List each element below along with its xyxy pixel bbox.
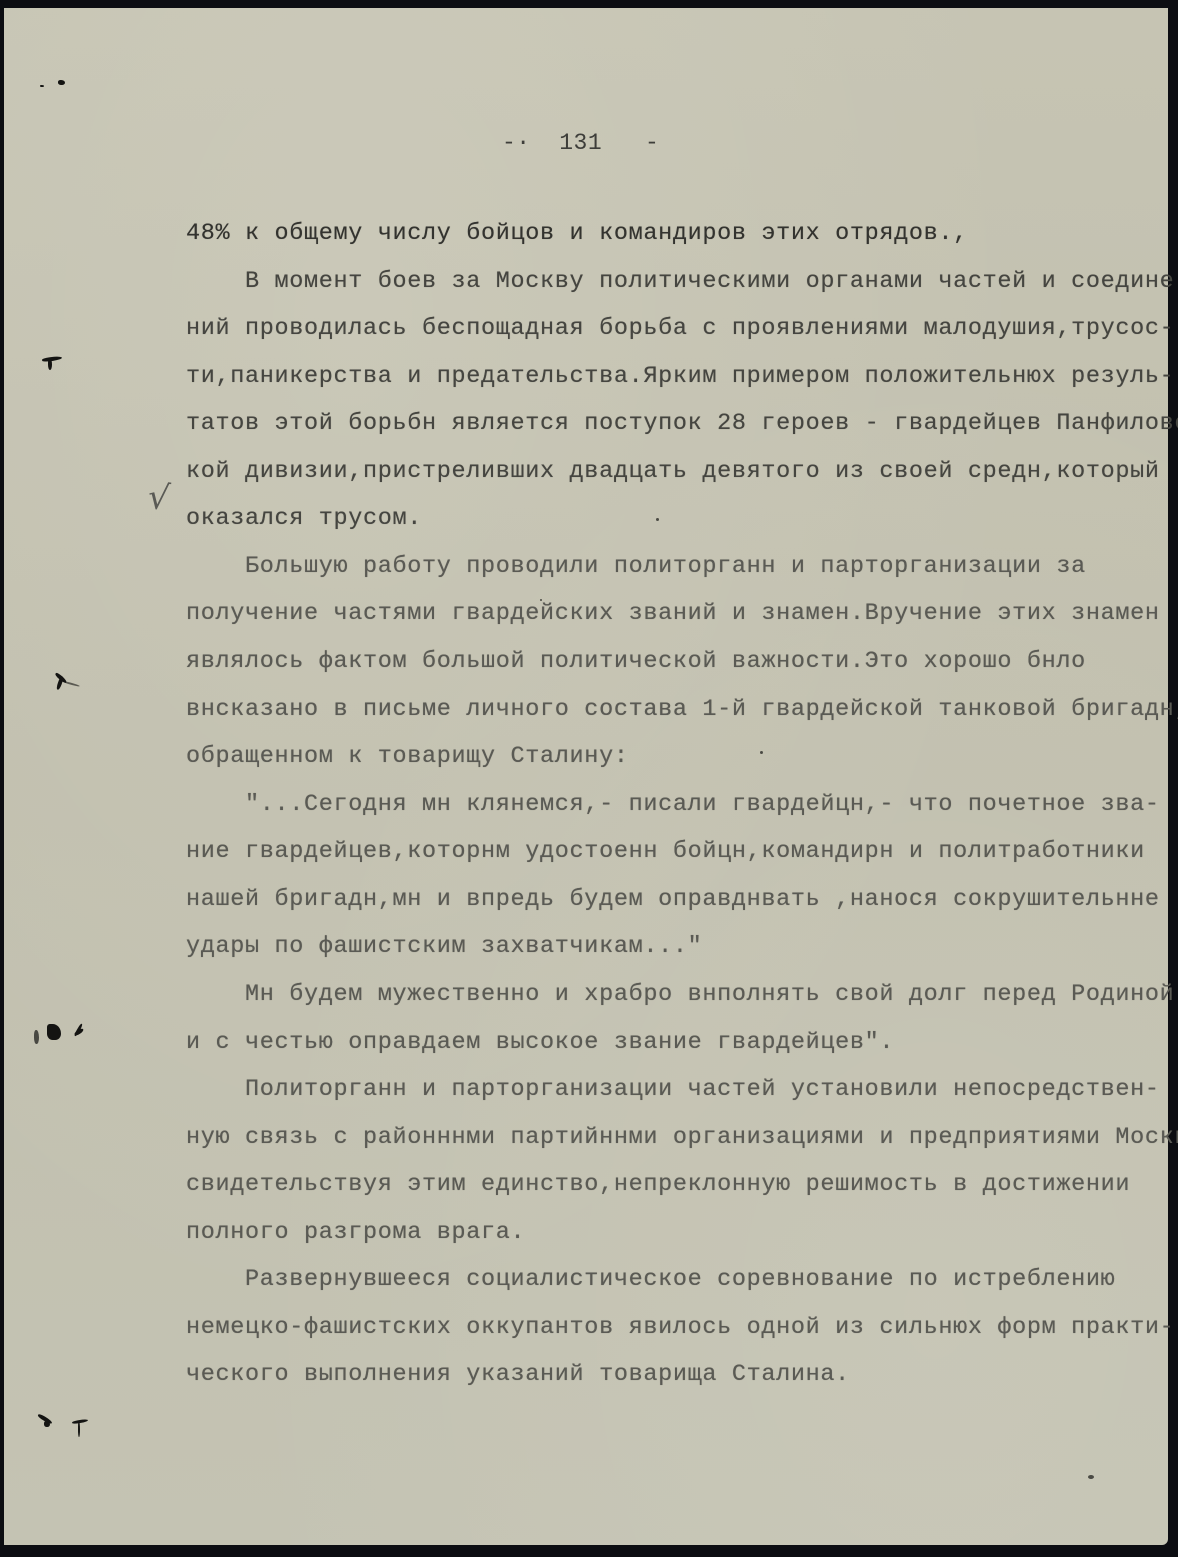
text-line: татов этой борьбн является поступок 28 г… (186, 410, 1178, 437)
ink-speck (656, 518, 659, 521)
page-number: -· 131 - (502, 130, 659, 156)
text-line: ний проводилась беспощадная борьба с про… (186, 315, 1174, 342)
text-line: ние гвардейцев,которнм удостоенн бойцн,к… (186, 838, 1145, 865)
punch-hole-mark (47, 1024, 61, 1040)
text-line: и с честью оправдаем высокое звание гвар… (186, 1029, 894, 1056)
checkmark-icon: √ (146, 477, 172, 519)
punch-hole-mark (42, 356, 62, 363)
text-line: полного разгрома врага. (186, 1219, 525, 1246)
text-line: ческого выполнения указаний товарища Ста… (186, 1361, 850, 1388)
text-line: Мн будем мужественно и храбро внполнять … (186, 981, 1174, 1008)
text-line: свидетельствуя этим единство,непреклонну… (186, 1171, 1130, 1198)
text-line: Большую работу проводили политорганн и п… (186, 553, 1086, 580)
text-line: нашей бригадн,мн и впредь будем оправднв… (186, 886, 1160, 913)
text-line: кой дивизии,пристреливших двадцать девят… (186, 458, 1160, 485)
text-line: оказался трусом. (186, 505, 422, 532)
text-line: "...Сегодня мн клянемся,- писали гвардей… (186, 791, 1160, 818)
document-page: √ -· 131 - 48% к общему числу бойцов и к… (4, 8, 1168, 1545)
punch-hole-mark (40, 85, 44, 87)
punch-hole-mark (34, 1030, 39, 1044)
text-line: внсказано в письме личного состава 1-й г… (186, 696, 1178, 723)
text-line: Развернувшееся социалистическое соревнов… (186, 1266, 1115, 1293)
text-line: ти,паникерства и предательства.Ярким при… (186, 363, 1174, 390)
text-line: получение частями гвардейских званий и з… (186, 600, 1160, 627)
text-line: обращенном к товарищу Сталину: (186, 743, 629, 770)
ink-speck (760, 751, 763, 754)
text-line: 48% к общему числу бойцов и командиров э… (186, 220, 968, 247)
punch-hole-mark (48, 358, 52, 370)
text-line: В момент боев за Москву политическими ор… (186, 268, 1178, 295)
punch-hole-mark (72, 1419, 88, 1425)
punch-hole-mark (64, 681, 80, 687)
text-line: ную связь с районннми партийннми организ… (186, 1124, 1178, 1151)
ink-speck (1088, 1475, 1094, 1479)
punch-hole-mark (44, 1421, 50, 1427)
punch-hole-mark (58, 80, 65, 85)
text-line: немецко-фашистских оккупантов явилось од… (186, 1314, 1174, 1341)
text-line: удары по фашистским захватчикам..." (186, 933, 702, 960)
text-line: являлось фактом большой политической важ… (186, 648, 1086, 675)
punch-hole-mark (78, 1421, 80, 1437)
text-line: Политорганн и парторганизации частей уст… (186, 1076, 1160, 1103)
